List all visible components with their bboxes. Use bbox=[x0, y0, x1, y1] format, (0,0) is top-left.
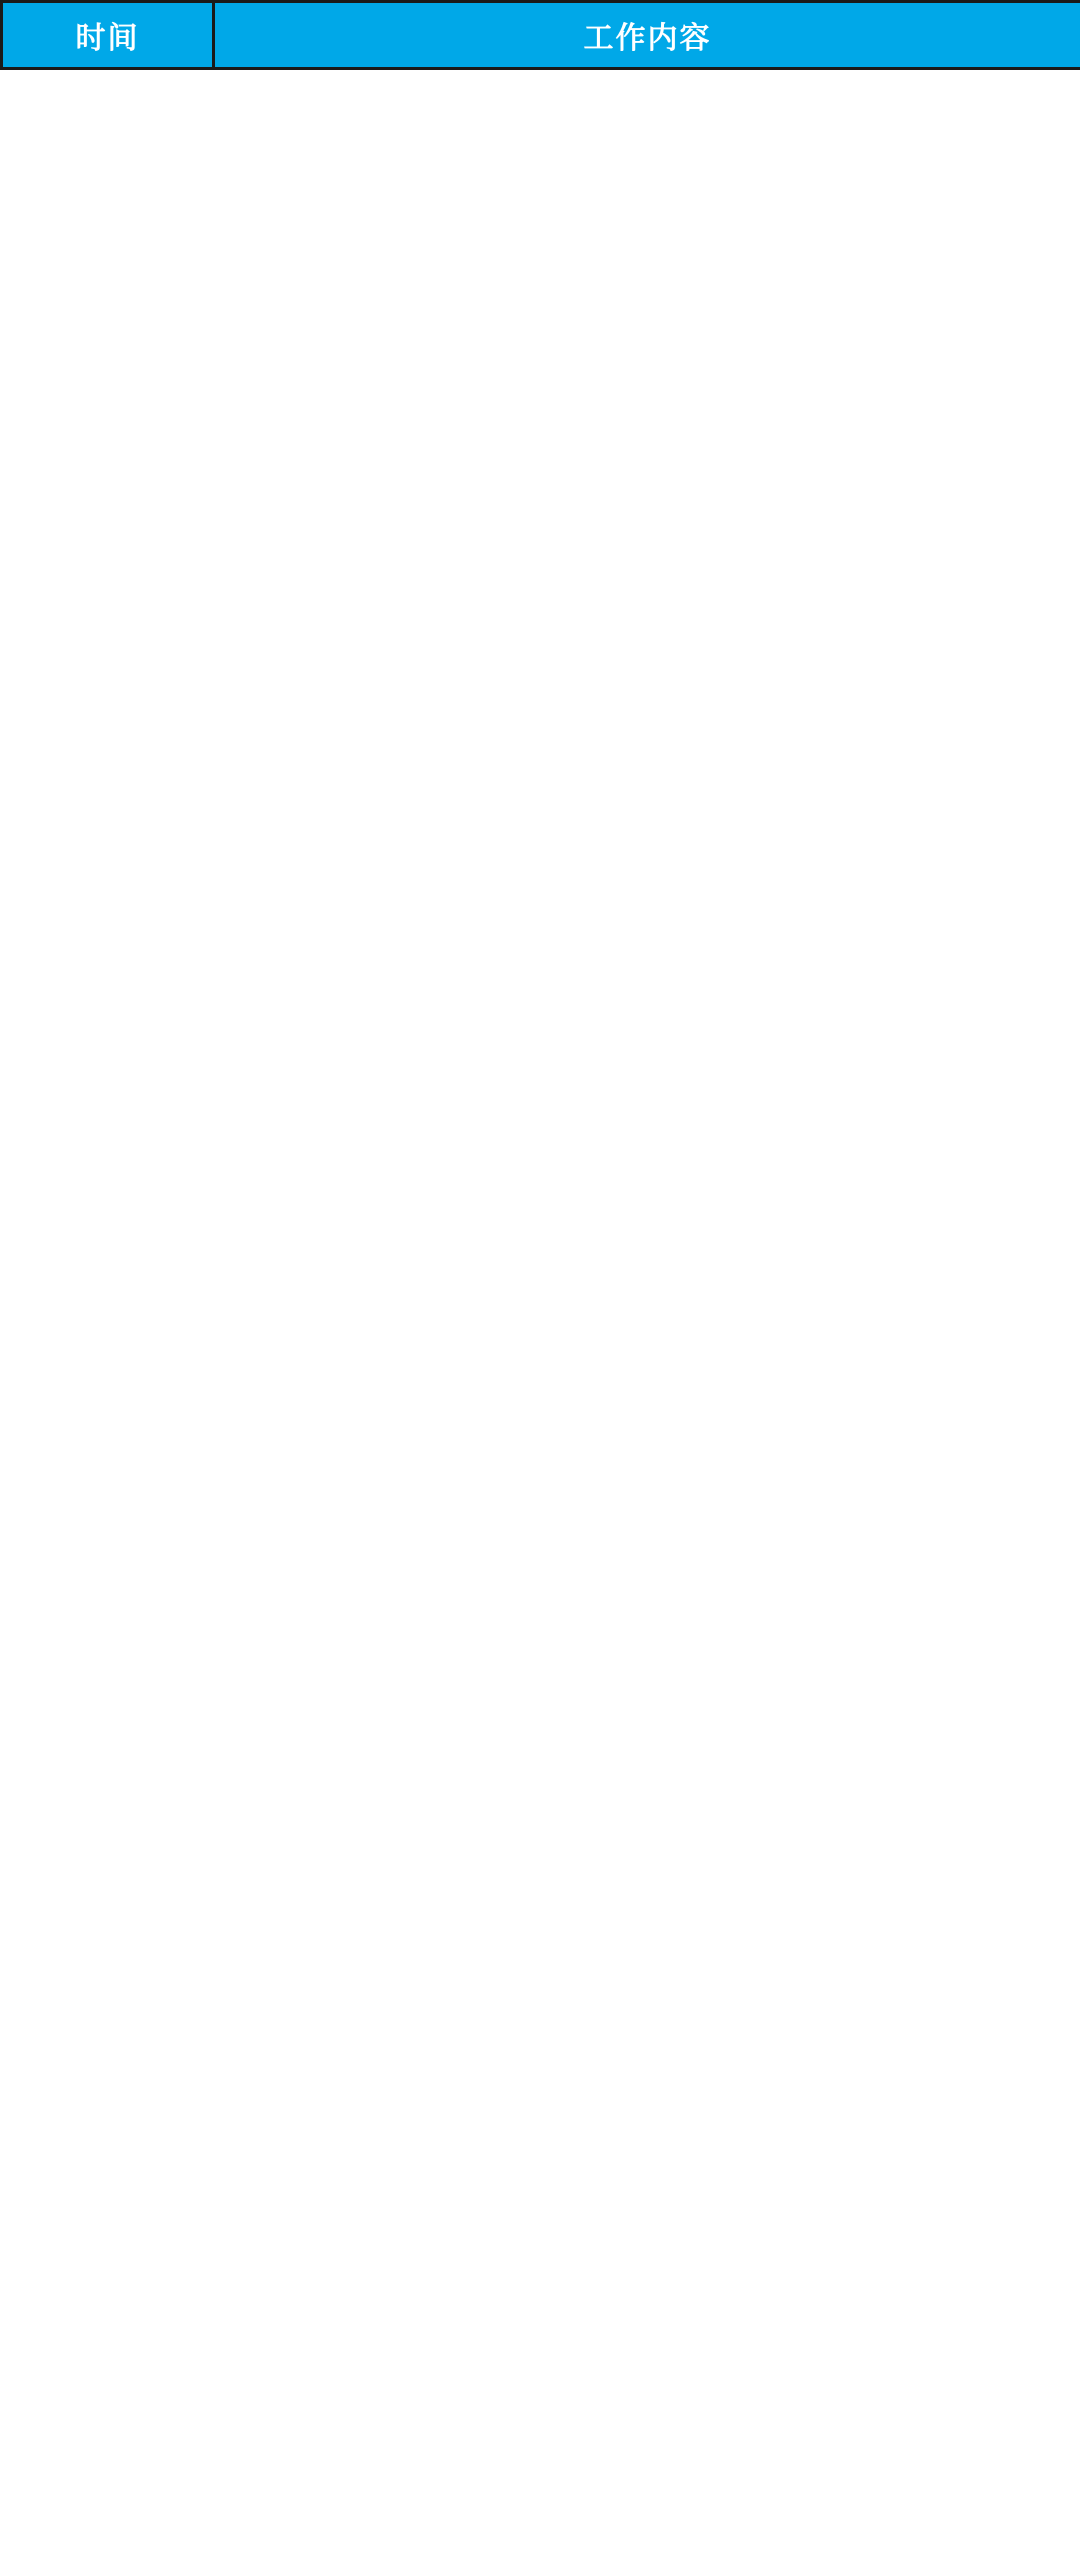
schedule-table: 时间 工作内容 bbox=[0, 0, 1080, 70]
schedule-header: 时间 工作内容 bbox=[2, 2, 1080, 69]
header-content: 工作内容 bbox=[214, 2, 1080, 69]
schedule-page: 时间 工作内容 bbox=[0, 0, 1080, 2559]
header-time: 时间 bbox=[2, 2, 214, 69]
header-row: 时间 工作内容 bbox=[2, 2, 1080, 69]
